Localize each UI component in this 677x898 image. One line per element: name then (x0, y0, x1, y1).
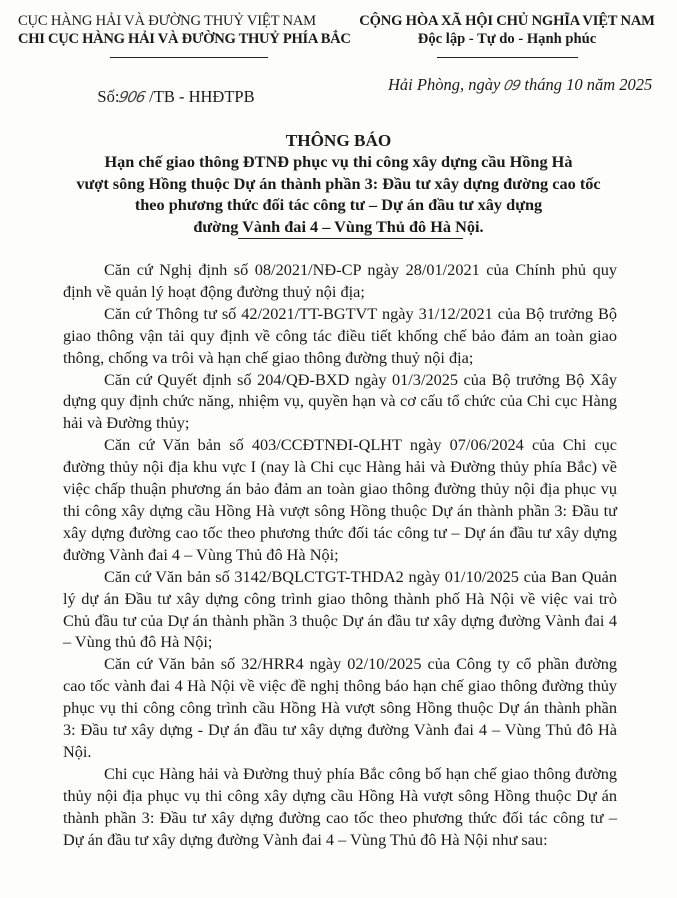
handwritten-doc-number: 906 (117, 88, 146, 106)
subject-line: theo phương thức đối tác công tư – Dự án… (20, 194, 657, 216)
national-title: CỘNG HÒA XÃ HỘI CHỦ NGHĨA VIỆT NAM (348, 12, 666, 30)
national-motto: Độc lập - Tự do - Hạnh phúc (348, 30, 666, 48)
announcement-paragraph: Chi cục Hàng hải và Đường thuỷ phía Bắc … (63, 763, 617, 851)
legal-basis-paragraph: Căn cứ Văn bản số 403/CCĐTNĐI-QLHT ngày … (63, 434, 617, 565)
subject-line: đường Vành đai 4 – Vùng Thủ đô Hà Nội. (20, 216, 657, 238)
legal-basis-paragraph: Căn cứ Văn bản số 32/HRR4 ngày 02/10/202… (63, 653, 617, 763)
place-date-suffix: tháng 10 năm 2025 (520, 75, 652, 94)
place-and-date: Hải Phòng, ngày 09 tháng 10 năm 2025 (388, 75, 652, 95)
motto-underline (437, 57, 578, 58)
legal-basis-paragraph: Căn cứ Quyết định số 204/QĐ-BXD ngày 01/… (63, 369, 617, 435)
document-number: Số:906 /TB - HHĐTPB (18, 87, 334, 107)
subject-underline (238, 238, 463, 239)
parent-agency-name: CỤC HÀNG HẢI VÀ ĐƯỜNG THUỶ VIỆT NAM (18, 12, 314, 30)
doc-number-suffix: /TB - HHĐTPB (145, 87, 255, 106)
agency-underline (110, 57, 268, 58)
document-body: Căn cứ Nghị định số 08/2021/NĐ-CP ngày 2… (63, 259, 617, 850)
document-type-heading: THÔNG BÁO (20, 130, 657, 151)
legal-basis-paragraph: Căn cứ Thông tư số 42/2021/TT-BGTVT ngày… (63, 303, 617, 369)
issuing-agency-name: CHI CỤC HÀNG HẢI VÀ ĐƯỜNG THUỶ PHÍA BẮC (18, 30, 314, 48)
legal-basis-paragraph: Căn cứ Văn bản số 3142/BQLCTGT-THDA2 ngà… (63, 566, 617, 654)
title-block: THÔNG BÁO Hạn chế giao thông ĐTNĐ phục v… (20, 130, 657, 237)
national-header-block: CỘNG HÒA XÃ HỘI CHỦ NGHĨA VIỆT NAM Độc l… (348, 12, 666, 48)
issuing-agency-block: CỤC HÀNG HẢI VÀ ĐƯỜNG THUỶ VIỆT NAM CHI … (18, 12, 314, 48)
place-date-prefix: Hải Phòng, ngày (388, 75, 504, 94)
subject-line: vượt sông Hồng thuộc Dự án thành phần 3:… (20, 173, 657, 195)
doc-number-prefix: Số: (97, 87, 119, 106)
subject-line: Hạn chế giao thông ĐTNĐ phục vụ thi công… (20, 151, 657, 173)
legal-basis-paragraph: Căn cứ Nghị định số 08/2021/NĐ-CP ngày 2… (63, 259, 617, 303)
document-page: CỤC HÀNG HẢI VÀ ĐƯỜNG THUỶ VIỆT NAM CHI … (0, 0, 677, 898)
